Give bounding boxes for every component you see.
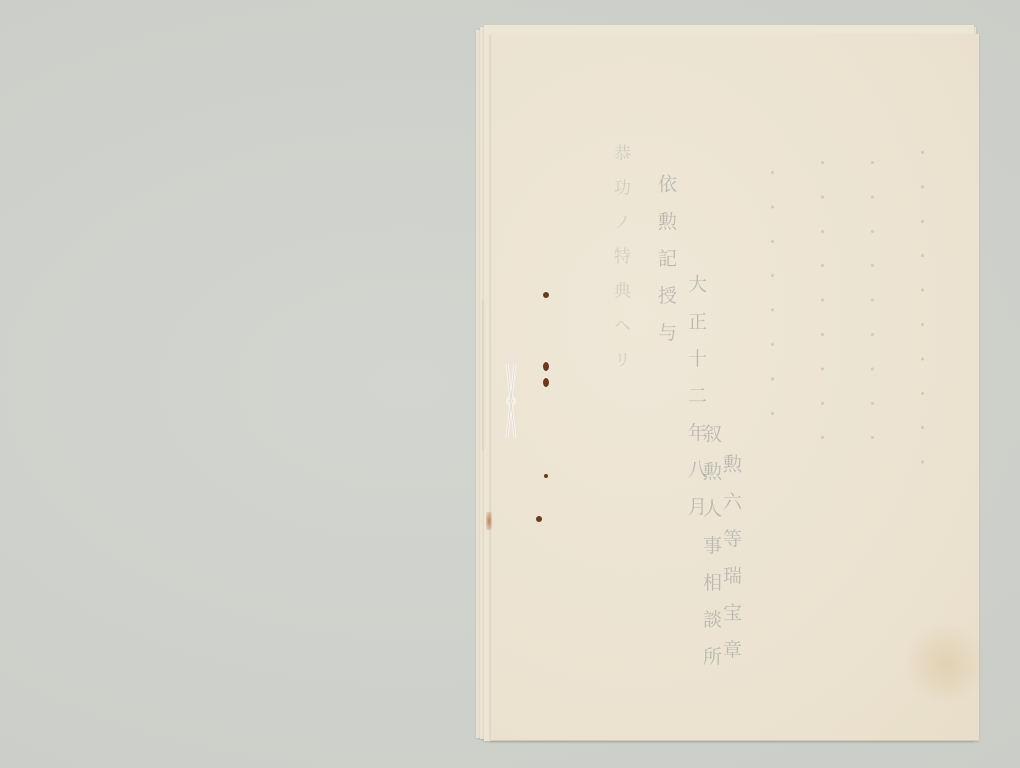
- bleed-column: 依 勲 記 授 与: [656, 174, 675, 347]
- page-fold: [482, 300, 486, 450]
- binding-hole: [544, 474, 548, 478]
- paper-page: 恭 功 ノ 特 典 ヘ リ 依 勲 記 授 与 大 正 十 二 年 八 月 勲 …: [490, 34, 979, 741]
- bleed-column: 勲 六 等 瑞 宝 章: [721, 454, 740, 664]
- binding-hole: [543, 292, 549, 298]
- binding-hole: [543, 362, 549, 371]
- bleed-column: 恭 功 ノ 特 典 ヘ リ: [611, 144, 628, 373]
- water-stain: [901, 624, 991, 704]
- bleed-faint: ・ ・ ・ ・ ・ ・ ・ ・: [761, 164, 778, 428]
- photo-background: 恭 功 ノ 特 典 ヘ リ 依 勲 記 授 与 大 正 十 二 年 八 月 勲 …: [0, 0, 1020, 768]
- binding-hole: [536, 516, 542, 522]
- bleed-faint: ・ ・ ・ ・ ・ ・ ・ ・ ・ ・: [911, 144, 928, 477]
- bleed-column: 叙 勲 人 事 相 談 所: [701, 424, 720, 671]
- rust-mark: [486, 512, 492, 530]
- binding-hole: [543, 378, 549, 387]
- binding-thread-icon: [503, 362, 519, 440]
- bleed-faint: ・ ・ ・ ・ ・ ・ ・ ・ ・: [811, 154, 828, 452]
- bleed-faint: ・ ・ ・ ・ ・ ・ ・ ・ ・: [861, 154, 878, 452]
